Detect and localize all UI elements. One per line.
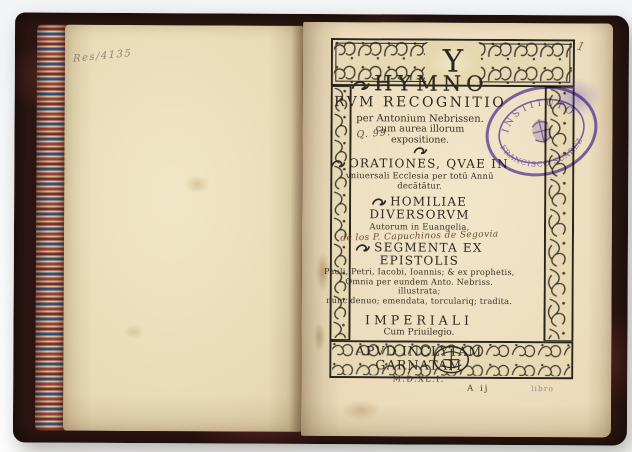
privilege-line-1: IMPERIALI [322, 313, 515, 327]
left-page: Res/4135 [63, 25, 303, 432]
section3-heading: SEGMENTA EX EPISTOLIS [323, 241, 516, 268]
photo-background: Res/4135 [0, 0, 632, 452]
foxing-spot [123, 325, 143, 339]
section2-heading: HOMILIAE DIVERSORVM [323, 195, 516, 222]
book: Res/4135 [13, 12, 629, 445]
imprint-publisher: APVD INCLYTAM GARNATAM [322, 345, 515, 374]
marbled-edge-decoration [35, 25, 67, 431]
imprint-date: M.D.XL.I. [322, 374, 515, 384]
section3-body-line-3: nunc denuo; emendata, torculariq; tradit… [323, 296, 516, 307]
hedera-leaf-icon [352, 79, 370, 91]
foxing-spot [341, 400, 381, 420]
hedera-leaf-icon [356, 243, 370, 252]
marginal-annotation: Q. 99. [356, 127, 391, 140]
foxing-spot [184, 175, 210, 193]
section3-body-line-2: Omnia per eundem Anto. Nebriss. illustra… [323, 277, 516, 297]
ink-inscription: libro [531, 384, 554, 393]
title-line-1: HYMNO [324, 72, 517, 95]
shelfmark-annotation: Res/4135 [73, 48, 132, 65]
folio-number: 1 [575, 39, 586, 54]
signature-mark: A ij [467, 384, 489, 394]
hedera-leaf-icon [413, 146, 427, 154]
title-page: Y [301, 22, 613, 438]
section1-body: vniuersali Ecclesia per totū Annū decãtã… [323, 170, 516, 191]
hedera-leaf-icon [372, 197, 386, 206]
privilege-line-2: Cum Priuilegio. [322, 327, 515, 338]
hedera-leaf-icon [331, 159, 345, 168]
